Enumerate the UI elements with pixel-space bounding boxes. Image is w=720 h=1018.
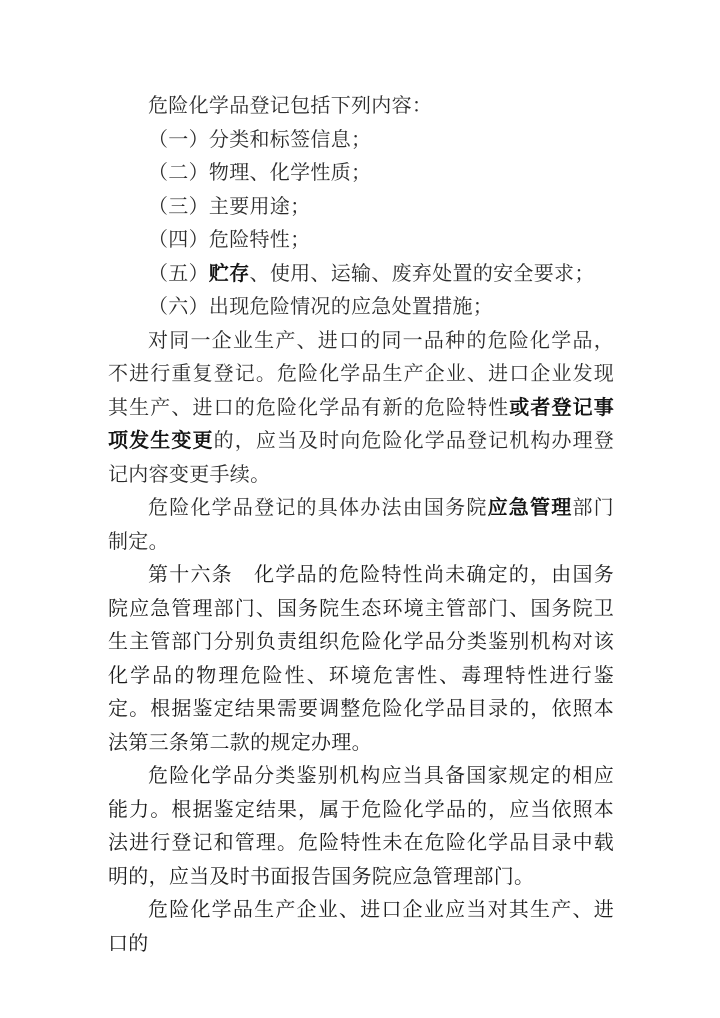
text-run: （一）分类和标签信息； — [148, 129, 371, 151]
document-body: 危险化学品登记包括下列内容：（一）分类和标签信息；（二）物理、化学性质；（三）主… — [108, 90, 614, 961]
text-run: （二）物理、化学性质； — [148, 162, 371, 184]
text-run: 危险化学品登记的具体办法由国务院 — [148, 497, 488, 519]
text-run: （三）主要用途； — [148, 196, 310, 218]
text-run: （四）危险特性； — [148, 229, 310, 251]
bold-text-run: 贮存 — [209, 263, 250, 285]
paragraph: 第十六条 化学品的危险特性尚未确定的，由国务院应急管理部门、国务院生态环境主管部… — [108, 559, 614, 760]
paragraph: （二）物理、化学性质； — [108, 157, 614, 191]
paragraph: 危险化学品登记的具体办法由国务院应急管理部门制定。 — [108, 492, 614, 559]
paragraph: 危险化学品生产企业、进口企业应当对其生产、进口的 — [108, 894, 614, 961]
document-page: 危险化学品登记包括下列内容：（一）分类和标签信息；（二）物理、化学性质；（三）主… — [0, 0, 720, 1018]
paragraph: （一）分类和标签信息； — [108, 124, 614, 158]
paragraph: （四）危险特性； — [108, 224, 614, 258]
paragraph: （三）主要用途； — [108, 191, 614, 225]
paragraph: 危险化学品分类鉴别机构应当具备国家规定的相应能力。根据鉴定结果，属于危险化学品的… — [108, 760, 614, 894]
text-run: 危险化学品生产企业、进口企业应当对其生产、进口的 — [108, 899, 614, 955]
text-run: （五） — [148, 263, 209, 285]
paragraph: （六）出现危险情况的应急处置措施； — [108, 291, 614, 325]
paragraph: 危险化学品登记包括下列内容： — [108, 90, 614, 124]
text-run: 、使用、运输、废弃处置的安全要求； — [250, 263, 595, 285]
paragraph: 对同一企业生产、进口的同一品种的危险化学品，不进行重复登记。危险化学品生产企业、… — [108, 325, 614, 493]
text-run: 危险化学品分类鉴别机构应当具备国家规定的相应能力。根据鉴定结果，属于危险化学品的… — [108, 765, 614, 888]
text-run: （六）出现危险情况的应急处置措施； — [148, 296, 493, 318]
text-run: 第十六条 化学品的危险特性尚未确定的，由国务院应急管理部门、国务院生态环境主管部… — [108, 564, 614, 754]
paragraph: （五）贮存、使用、运输、废弃处置的安全要求； — [108, 258, 614, 292]
text-run: 危险化学品登记包括下列内容： — [148, 95, 432, 117]
bold-text-run: 应急管理 — [488, 497, 573, 519]
